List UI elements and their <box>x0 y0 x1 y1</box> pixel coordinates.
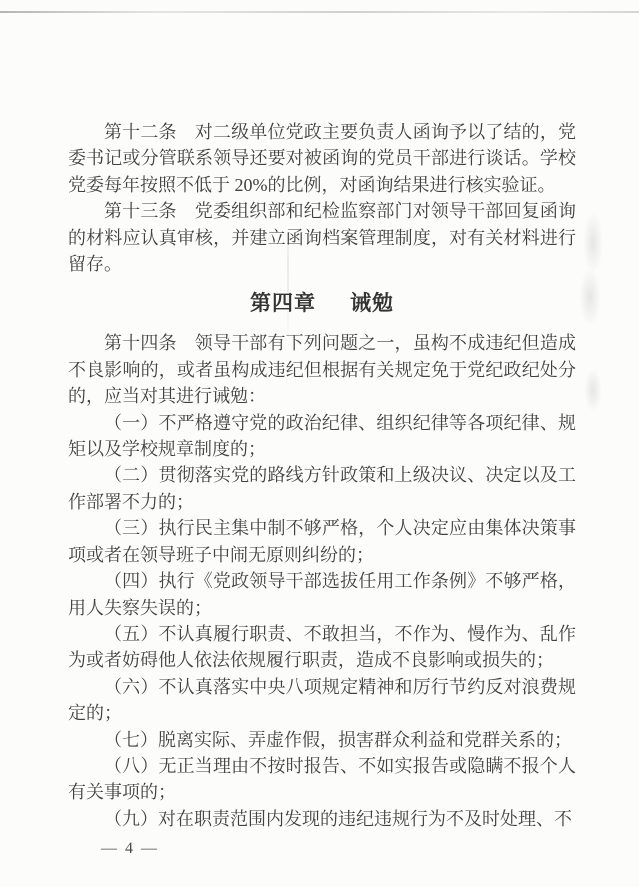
chapter-heading: 第四章诫勉 <box>68 290 576 318</box>
article-12-paragraph: 第十二条 对二级单位党政主要负责人函询予以了结的，党委书记或分管联系领导还要对被… <box>68 119 576 198</box>
clause-3: （三）执行民主集中制不够严格，个人决定应由集体决策事项或者在领导班子中闹无原则纠… <box>68 515 576 568</box>
document-body: 第十二条 对二级单位党政主要负责人函询予以了结的，党委书记或分管联系领导还要对被… <box>68 119 576 858</box>
scan-smudge <box>579 268 601 326</box>
clause-9: （九）对在职责范围内发现的违纪违规行为不及时处理、不 <box>68 806 576 832</box>
chapter-title: 诫勉 <box>350 292 394 315</box>
scan-smudge <box>583 212 603 274</box>
clause-6: （六）不认真落实中央八项规定精神和厉行节约反对浪费规定的； <box>68 674 576 727</box>
clause-8: （八）无正当理由不按时报告、不如实报告或隐瞒不报个人有关事项的； <box>68 753 576 806</box>
scanned-document-page: 第十二条 对二级单位党政主要负责人函询予以了结的，党委书记或分管联系领导还要对被… <box>0 0 639 887</box>
clause-4: （四）执行《党政领导干部选拔任用工作条例》不够严格，用人失察失误的； <box>68 568 576 621</box>
scan-smudge <box>584 368 602 412</box>
article-14-paragraph: 第十四条 领导干部有下列问题之一，虽构不成违纪但造成不良影响的，或者虽构成违纪但… <box>68 330 576 409</box>
scan-edge-line <box>0 11 639 13</box>
clause-7: （七）脱离实际、弄虚作假，损害群众利益和党群关系的； <box>68 727 576 753</box>
article-13-paragraph: 第十三条 党委组织部和纪检监察部门对领导干部回复函询的材料应认真审核，并建立函询… <box>68 198 576 277</box>
clause-1: （一）不严格遵守党的政治纪律、组织纪律等各项纪律、规矩以及学校规章制度的； <box>68 410 576 463</box>
chapter-number: 第四章 <box>250 292 316 315</box>
clause-2: （二）贯彻落实党的路线方针政策和上级决议、决定以及工作部署不力的； <box>68 462 576 515</box>
page-number: — 4 — <box>101 840 576 858</box>
clause-5: （五）不认真履行职责、不敢担当，不作为、慢作为、乱作为或者妨碍他人依法依规履行职… <box>68 621 576 674</box>
